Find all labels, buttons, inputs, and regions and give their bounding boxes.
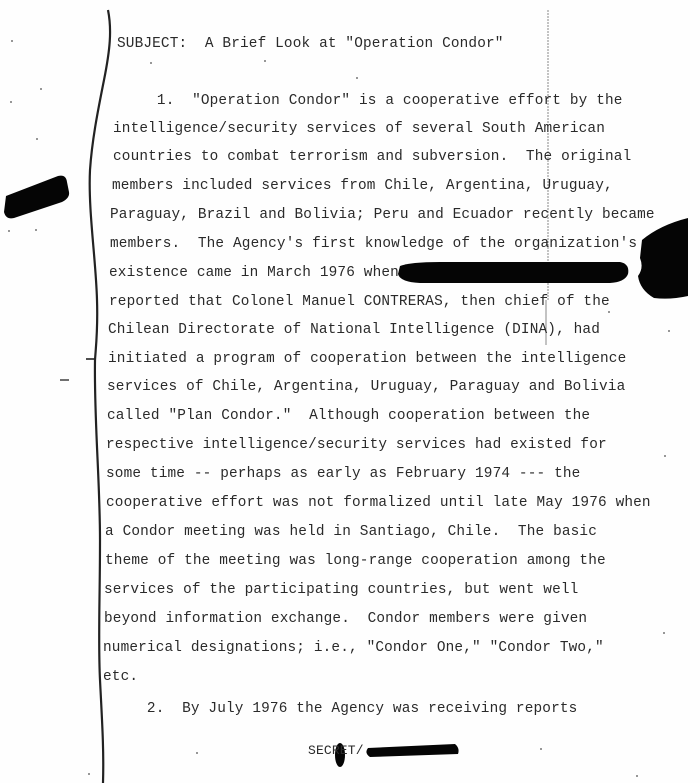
para1-line-1: 1. "Operation Condor" is a cooperative e…	[113, 94, 623, 108]
scan-speck	[668, 330, 670, 332]
scan-speck	[150, 62, 152, 64]
para1-line-6: members. The Agency's first knowledge of…	[110, 237, 637, 251]
scan-speck	[40, 88, 42, 90]
para1-line-8: reported that Colonel Manuel CONTRERAS, …	[109, 295, 610, 309]
para1-line-12: called "Plan Condor." Although cooperati…	[107, 409, 590, 423]
scan-speck	[356, 77, 358, 79]
para1-line-10: initiated a program of cooperation betwe…	[108, 352, 626, 366]
scan-speck	[264, 60, 266, 62]
para1-line-18: services of the participating countries,…	[104, 583, 578, 597]
para1-line-14: some time -- perhaps as early as Februar…	[106, 467, 580, 481]
para1-line-2: intelligence/security services of severa…	[113, 122, 605, 136]
para1-line-21: etc.	[103, 670, 138, 684]
redaction-inline-source	[398, 262, 628, 283]
scan-speck	[88, 773, 90, 775]
scan-speck	[663, 632, 665, 634]
redaction-left-margin	[4, 176, 69, 219]
scan-speck	[10, 101, 12, 103]
para1-line-7: existence came in March 1976 when	[109, 266, 399, 280]
para1-line-5: Paraguay, Brazil and Bolivia; Peru and E…	[110, 208, 655, 222]
scan-speck	[540, 748, 542, 750]
scan-speck	[8, 230, 10, 232]
scan-speck	[608, 311, 610, 313]
para1-line-13: respective intelligence/security service…	[106, 438, 607, 452]
para1-line-9: Chilean Directorate of National Intellig…	[108, 323, 600, 337]
scan-speck	[664, 455, 666, 457]
margin-binding-line	[90, 10, 110, 783]
para1-line-20: numerical designations; i.e., "Condor On…	[103, 641, 604, 655]
para1-line-3: countries to combat terrorism and subver…	[113, 150, 631, 164]
para1-line-17: theme of the meeting was long-range coop…	[105, 554, 606, 568]
scan-speck	[636, 775, 638, 777]
para2-line-1: 2. By July 1976 the Agency was receiving…	[103, 702, 577, 716]
redaction-classification	[366, 744, 458, 757]
classification-marking: SECRET/	[308, 744, 364, 757]
document-page: SUBJECT: A Brief Look at "Operation Cond…	[0, 0, 700, 783]
scan-speck	[35, 229, 37, 231]
redaction-right-margin	[638, 218, 688, 299]
para1-line-4: members included services from Chile, Ar…	[112, 179, 613, 193]
subject-line: SUBJECT: A Brief Look at "Operation Cond…	[117, 37, 504, 51]
para1-line-16: a Condor meeting was held in Santiago, C…	[105, 525, 597, 539]
para1-line-11: services of Chile, Argentina, Uruguay, P…	[107, 380, 625, 394]
para1-line-19: beyond information exchange. Condor memb…	[104, 612, 587, 626]
scan-speck	[36, 138, 38, 140]
scan-speck	[11, 40, 13, 42]
scan-speck	[196, 752, 198, 754]
para1-line-15: cooperative effort was not formalized un…	[106, 496, 651, 510]
